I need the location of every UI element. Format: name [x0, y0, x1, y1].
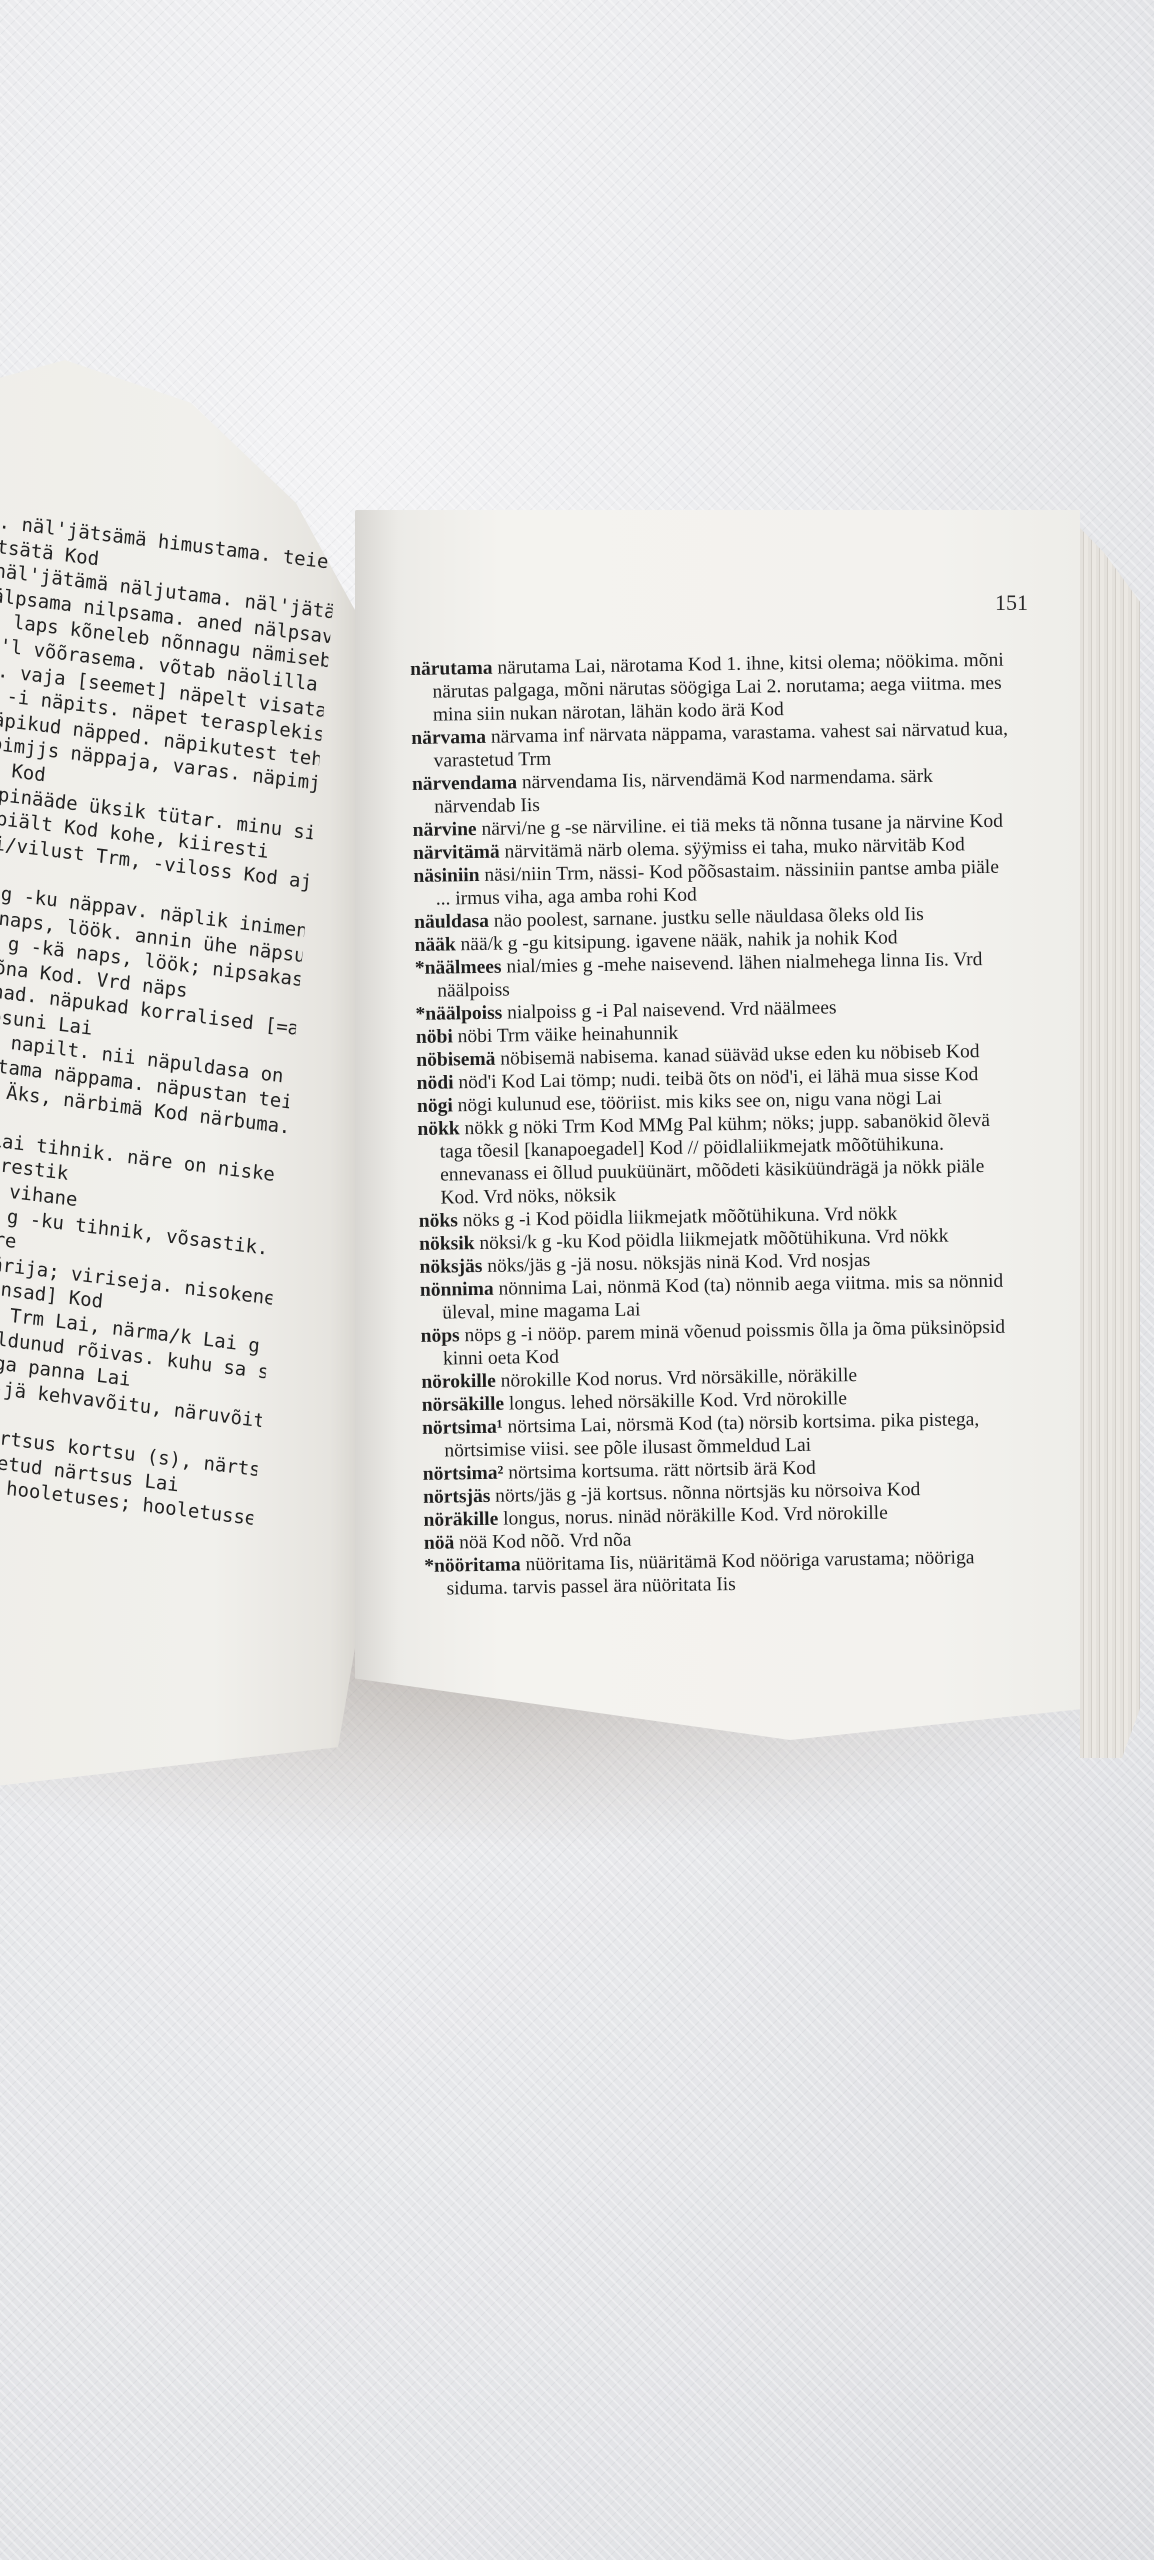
entry-headword: *näälmees	[415, 957, 502, 979]
entry-headword: nörtsjäs	[423, 1486, 490, 1508]
entry-definition: nöä Kod nõõ. Vrd nõa	[454, 1530, 632, 1554]
entry-headword: näsiniin	[413, 865, 479, 887]
entry-headword: nöbi	[416, 1026, 453, 1048]
entry-definition: nöbi Trm väike heinahunnik	[453, 1023, 679, 1048]
entry-headword: nöps	[420, 1325, 459, 1347]
entry-headword: *näälpoiss	[415, 1003, 502, 1025]
entry-headword: nöbisemä	[416, 1049, 495, 1071]
dictionary-entry: nökk nökk g nöki Trm Kod MMg Pal kühm; n…	[417, 1109, 1018, 1210]
entry-headword: närvine	[413, 819, 477, 841]
entry-headword: nöksjäs	[419, 1256, 482, 1278]
entry-definition: nörtsima Lai, nörsmä Kod (ta) nörsib kor…	[444, 1409, 979, 1461]
left-page: . näl'jätsämä himustama. teie sedä korja…	[0, 360, 380, 1790]
entry-headword: nöä	[424, 1532, 455, 1553]
page-edges	[1080, 528, 1140, 1758]
entry-headword: *nööritama	[424, 1554, 521, 1577]
entry-headword: nödi	[417, 1072, 454, 1094]
entry-headword: närutama	[410, 658, 493, 680]
entry-headword: nörokille	[421, 1371, 496, 1393]
entry-definition: näsi/niin Trm, nässi- Kod põõsastaim. nä…	[436, 857, 999, 910]
entry-headword: näuldasa	[414, 911, 489, 933]
entry-headword: närvitämä	[413, 842, 500, 864]
entry-definition: nialpoiss g -i Pal naisevend. Vrd näälme…	[502, 997, 837, 1023]
entry-definition: nökk g nöki Trm Kod MMg Pal kühm; nöks; …	[440, 1110, 991, 1209]
photo-scene: . näl'jätsämä himustama. teie sedä korja…	[0, 0, 1154, 2560]
entry-headword: nöräkille	[423, 1509, 498, 1531]
page-number: 151	[995, 590, 1028, 616]
entry-headword: nörtsima²	[423, 1463, 504, 1485]
dictionary-entry: *nööritama nüöritama Iis, nüäritämä Kod …	[424, 1545, 1025, 1600]
entry-headword: nönnima	[420, 1279, 494, 1301]
left-page-text: . näl'jätsämä himustama. teie sedä korja…	[0, 510, 338, 1556]
entry-definition: nial/mies g -mehe naisevend. lähen nialm…	[437, 949, 983, 1002]
entry-headword: nääk	[414, 934, 456, 956]
entry-headword: närvendama	[412, 772, 517, 795]
entry-definition: nöps g -i nööp. parem minä võenud poissm…	[443, 1317, 1005, 1370]
entry-headword: närvama	[411, 727, 486, 749]
entry-headword: nörtsima¹	[422, 1417, 503, 1439]
entry-definition: närutama Lai, närotama Kod 1. ihne, kits…	[432, 650, 1003, 726]
entry-headword: nöks	[419, 1210, 458, 1232]
dictionary-entry: närutama närutama Lai, närotama Kod 1. i…	[410, 649, 1011, 727]
entry-headword: nökk	[417, 1118, 460, 1140]
entry-definition: nönnima Lai, nönmä Kod (ta) nönnib aega …	[442, 1271, 1003, 1324]
entry-headword: nögi	[417, 1095, 453, 1117]
right-page: 151 närutama närutama Lai, närotama Kod …	[355, 510, 1080, 1740]
entry-headword: nörsäkille	[422, 1394, 505, 1416]
entry-definition: närvama inf närvata näppama, varastama. …	[433, 719, 1008, 772]
entry-definition: nüöritama Iis, nüäritämä Kod nööriga var…	[446, 1547, 974, 1599]
dictionary-entries: närutama närutama Lai, närotama Kod 1. i…	[410, 649, 1025, 1601]
entry-headword: nöksik	[419, 1233, 475, 1255]
